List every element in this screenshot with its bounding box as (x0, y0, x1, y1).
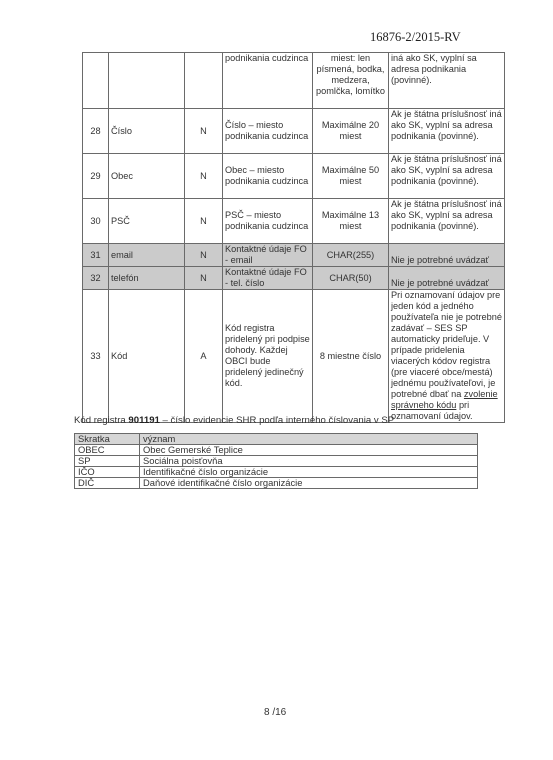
field-note: Nie je potrebné uvádzať (389, 267, 505, 290)
field-type: N (185, 199, 223, 244)
field-description: Obec – miesto podnikania cudzinca (223, 154, 313, 199)
field-specification-table: podnikania cudzinca miest: len písmená, … (82, 52, 505, 423)
field-description: Kontaktné údaje FO - email (223, 244, 313, 267)
field-note: Nie je potrebné uvádzať (389, 244, 505, 267)
registry-prefix: Kód registra (74, 415, 128, 426)
field-note: Ak je štátna príslušnosť iná ako SK, vyp… (389, 109, 505, 154)
field-format: miest: len písmená, bodka, medzera, poml… (313, 53, 389, 109)
field-name: Obec (109, 154, 185, 199)
abbr-code: IČO (75, 467, 140, 478)
row-number: 33 (83, 290, 109, 423)
header-meaning: význam (140, 434, 478, 445)
row-number: 32 (83, 267, 109, 290)
field-note: Ak je štátna príslušnosť iná ako SK, vyp… (389, 154, 505, 199)
abbreviations-table: Skratka význam OBEC Obec Gemerské Teplic… (74, 433, 478, 489)
abbr-meaning: Daňové identifikačné číslo organizácie (140, 478, 478, 489)
field-type: N (185, 267, 223, 290)
field-format: Maximálne 13 miest (313, 199, 389, 244)
field-format: Maximálne 20 miest (313, 109, 389, 154)
field-format: Maximálne 50 miest (313, 154, 389, 199)
table-row: 30 PSČ N PSČ – miesto podnikania cudzinc… (83, 199, 505, 244)
row-number (83, 53, 109, 109)
abbreviations-header-row: Skratka význam (75, 434, 478, 445)
field-name: telefón (109, 267, 185, 290)
abbr-code: OBEC (75, 445, 140, 456)
table-row: 31 email N Kontaktné údaje FO - email CH… (83, 244, 505, 267)
registry-code: 901191 (128, 415, 159, 426)
row-number: 30 (83, 199, 109, 244)
field-note: Ak je štátna príslušnosť iná ako SK, vyp… (389, 199, 505, 244)
field-format: CHAR(50) (313, 267, 389, 290)
abbreviation-row: OBEC Obec Gemerské Teplice (75, 445, 478, 456)
row-number: 28 (83, 109, 109, 154)
field-format: CHAR(255) (313, 244, 389, 267)
field-description: Kontaktné údaje FO - tel. číslo (223, 267, 313, 290)
table-row: 29 Obec N Obec – miesto podnikania cudzi… (83, 154, 505, 199)
field-name: Kód (109, 290, 185, 423)
field-format: 8 miestne číslo (313, 290, 389, 423)
field-description: Číslo – miesto podnikania cudzinca (223, 109, 313, 154)
registry-code-line: Kód registra 901191 – číslo evidencie SH… (74, 415, 394, 426)
field-note: iná ako SK, vyplní sa adresa podnikania … (389, 53, 505, 109)
page-number: 8 /16 (264, 707, 286, 718)
registry-suffix: – číslo evidencie SHR podľa interného čí… (160, 415, 394, 426)
field-type: N (185, 109, 223, 154)
field-description: Kód registra pridelený pri podpise dohod… (223, 290, 313, 423)
table-row: 33 Kód A Kód registra pridelený pri podp… (83, 290, 505, 423)
row-number: 29 (83, 154, 109, 199)
field-type: N (185, 154, 223, 199)
table-row: 32 telefón N Kontaktné údaje FO - tel. č… (83, 267, 505, 290)
field-description: podnikania cudzinca (223, 53, 313, 109)
field-type: A (185, 290, 223, 423)
note-text: Pri oznamovaní údajov pre jeden kód a je… (391, 290, 502, 399)
table-row: 28 Číslo N Číslo – miesto podnikania cud… (83, 109, 505, 154)
header-abbr: Skratka (75, 434, 140, 445)
field-name: PSČ (109, 199, 185, 244)
field-name: Číslo (109, 109, 185, 154)
abbr-meaning: Identifikačné číslo organizácie (140, 467, 478, 478)
field-description: PSČ – miesto podnikania cudzinca (223, 199, 313, 244)
abbr-meaning: Obec Gemerské Teplice (140, 445, 478, 456)
field-note: Pri oznamovaní údajov pre jeden kód a je… (389, 290, 505, 423)
document-reference-number: 16876-2/2015-RV (370, 30, 461, 45)
table-row: podnikania cudzinca miest: len písmená, … (83, 53, 505, 109)
abbreviation-row: DIČ Daňové identifikačné číslo organizác… (75, 478, 478, 489)
abbreviation-row: IČO Identifikačné číslo organizácie (75, 467, 478, 478)
field-type (185, 53, 223, 109)
field-name: email (109, 244, 185, 267)
abbr-meaning: Sociálna poisťovňa (140, 456, 478, 467)
field-type: N (185, 244, 223, 267)
abbreviation-row: SP Sociálna poisťovňa (75, 456, 478, 467)
row-number: 31 (83, 244, 109, 267)
abbr-code: DIČ (75, 478, 140, 489)
field-name (109, 53, 185, 109)
abbr-code: SP (75, 456, 140, 467)
